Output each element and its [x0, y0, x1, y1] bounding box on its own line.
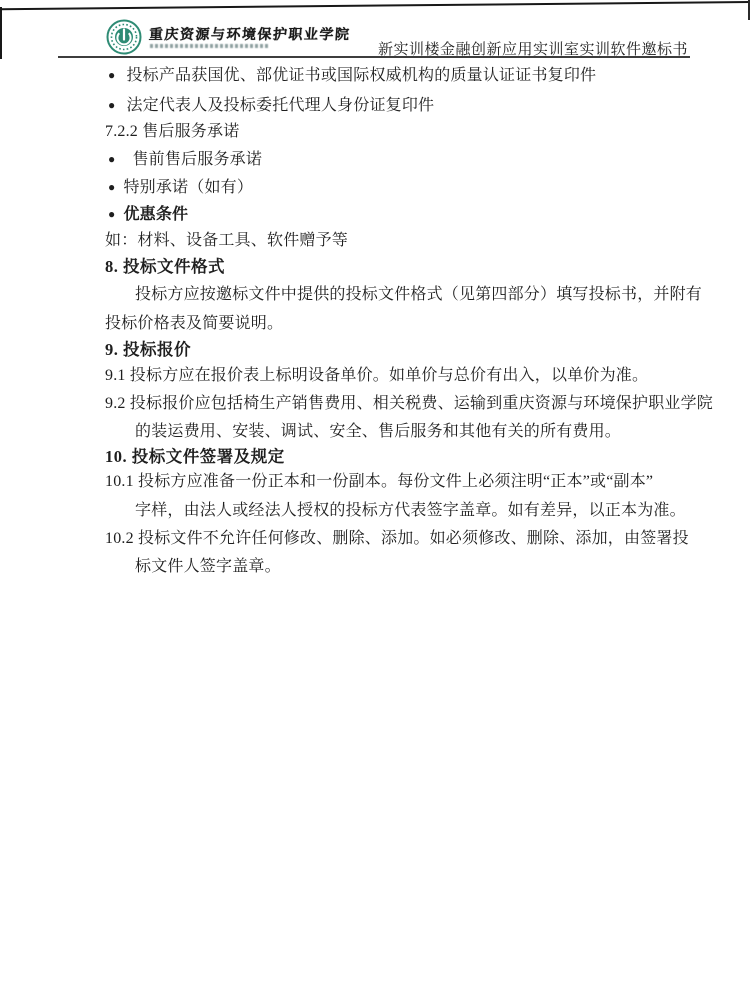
paragraph-line: 9.2 投标报价应包括椅生产销售费用、相关税费、运输到重庆资源与环境保护职业学院	[105, 393, 713, 415]
paragraph-line: 10.1 投标方应准备一份正本和一份副本。每份文件上必须注明“正本”或“副本”	[105, 471, 653, 493]
bullet-text: 售前售后服务承诺	[132, 151, 262, 168]
college-name: 重庆资源与环境保护职业学院	[148, 24, 351, 44]
bullet-item: ●法定代表人及投标委托代理人身份证复印件	[105, 94, 434, 117]
paragraph-line: 标文件人签字盖章。	[135, 556, 281, 578]
section-7-2-2: 7.2.2 售后服务承诺	[105, 121, 239, 143]
bullet-icon: ●	[108, 203, 115, 225]
section-heading-8: 8. 投标文件格式	[105, 256, 225, 278]
college-logo-icon	[106, 19, 142, 55]
college-name-subtext-strip	[150, 44, 268, 48]
bullet-icon: ●	[108, 64, 115, 86]
paragraph-line: 字样，由法人或经法人授权的投标方代表签字盖章。如有差异，以正本为准。	[135, 500, 686, 522]
paragraph-line: 9.1 投标方应在报价表上标明设备单价。如单价与总价有出入，以单价为准。	[105, 365, 648, 387]
bullet-text: 法定代表人及投标委托代理人身份证复印件	[126, 97, 434, 114]
bullet-item: ●售前售后服务承诺	[105, 148, 262, 171]
note-line: 如：材料、设备工具、软件赠予等	[105, 230, 348, 252]
bullet-item: ●特别承诺（如有）	[105, 176, 253, 199]
bullet-text: 特别承诺（如有）	[123, 179, 253, 196]
bullet-text: 投标产品获国优、部优证书或国际权威机构的质量认证证书复印件	[126, 67, 596, 84]
document-page: 重庆资源与环境保护职业学院 新实训楼金融创新应用实训室实训软件邀标书 ●投标产品…	[0, 0, 750, 1000]
scan-edge-top	[0, 1, 750, 10]
section-heading-10: 10. 投标文件签署及规定	[105, 446, 285, 468]
section-heading-9: 9. 投标报价	[105, 339, 191, 361]
bullet-text: 优惠条件	[123, 206, 188, 223]
bullet-item: ●投标产品获国优、部优证书或国际权威机构的质量认证证书复印件	[105, 64, 596, 87]
paragraph-line: 10.2 投标文件不允许任何修改、删除、添加。如必须修改、删除、添加，由签署投	[105, 528, 689, 550]
paragraph-line: 投标方应按邀标文件中提供的投标文件格式（见第四部分）填写投标书，并附有	[135, 284, 702, 306]
header-rule	[58, 56, 690, 58]
bullet-icon: ●	[108, 176, 115, 198]
bullet-icon: ●	[108, 148, 115, 170]
paragraph-line: 投标价格表及简要说明。	[105, 313, 283, 335]
scan-edge-left	[0, 7, 2, 59]
bullet-icon: ●	[108, 94, 115, 116]
bullet-item: ●优惠条件	[105, 203, 188, 226]
paragraph-line: 的装运费用、安装、调试、安全、售后服务和其他有关的所有费用。	[135, 421, 621, 443]
